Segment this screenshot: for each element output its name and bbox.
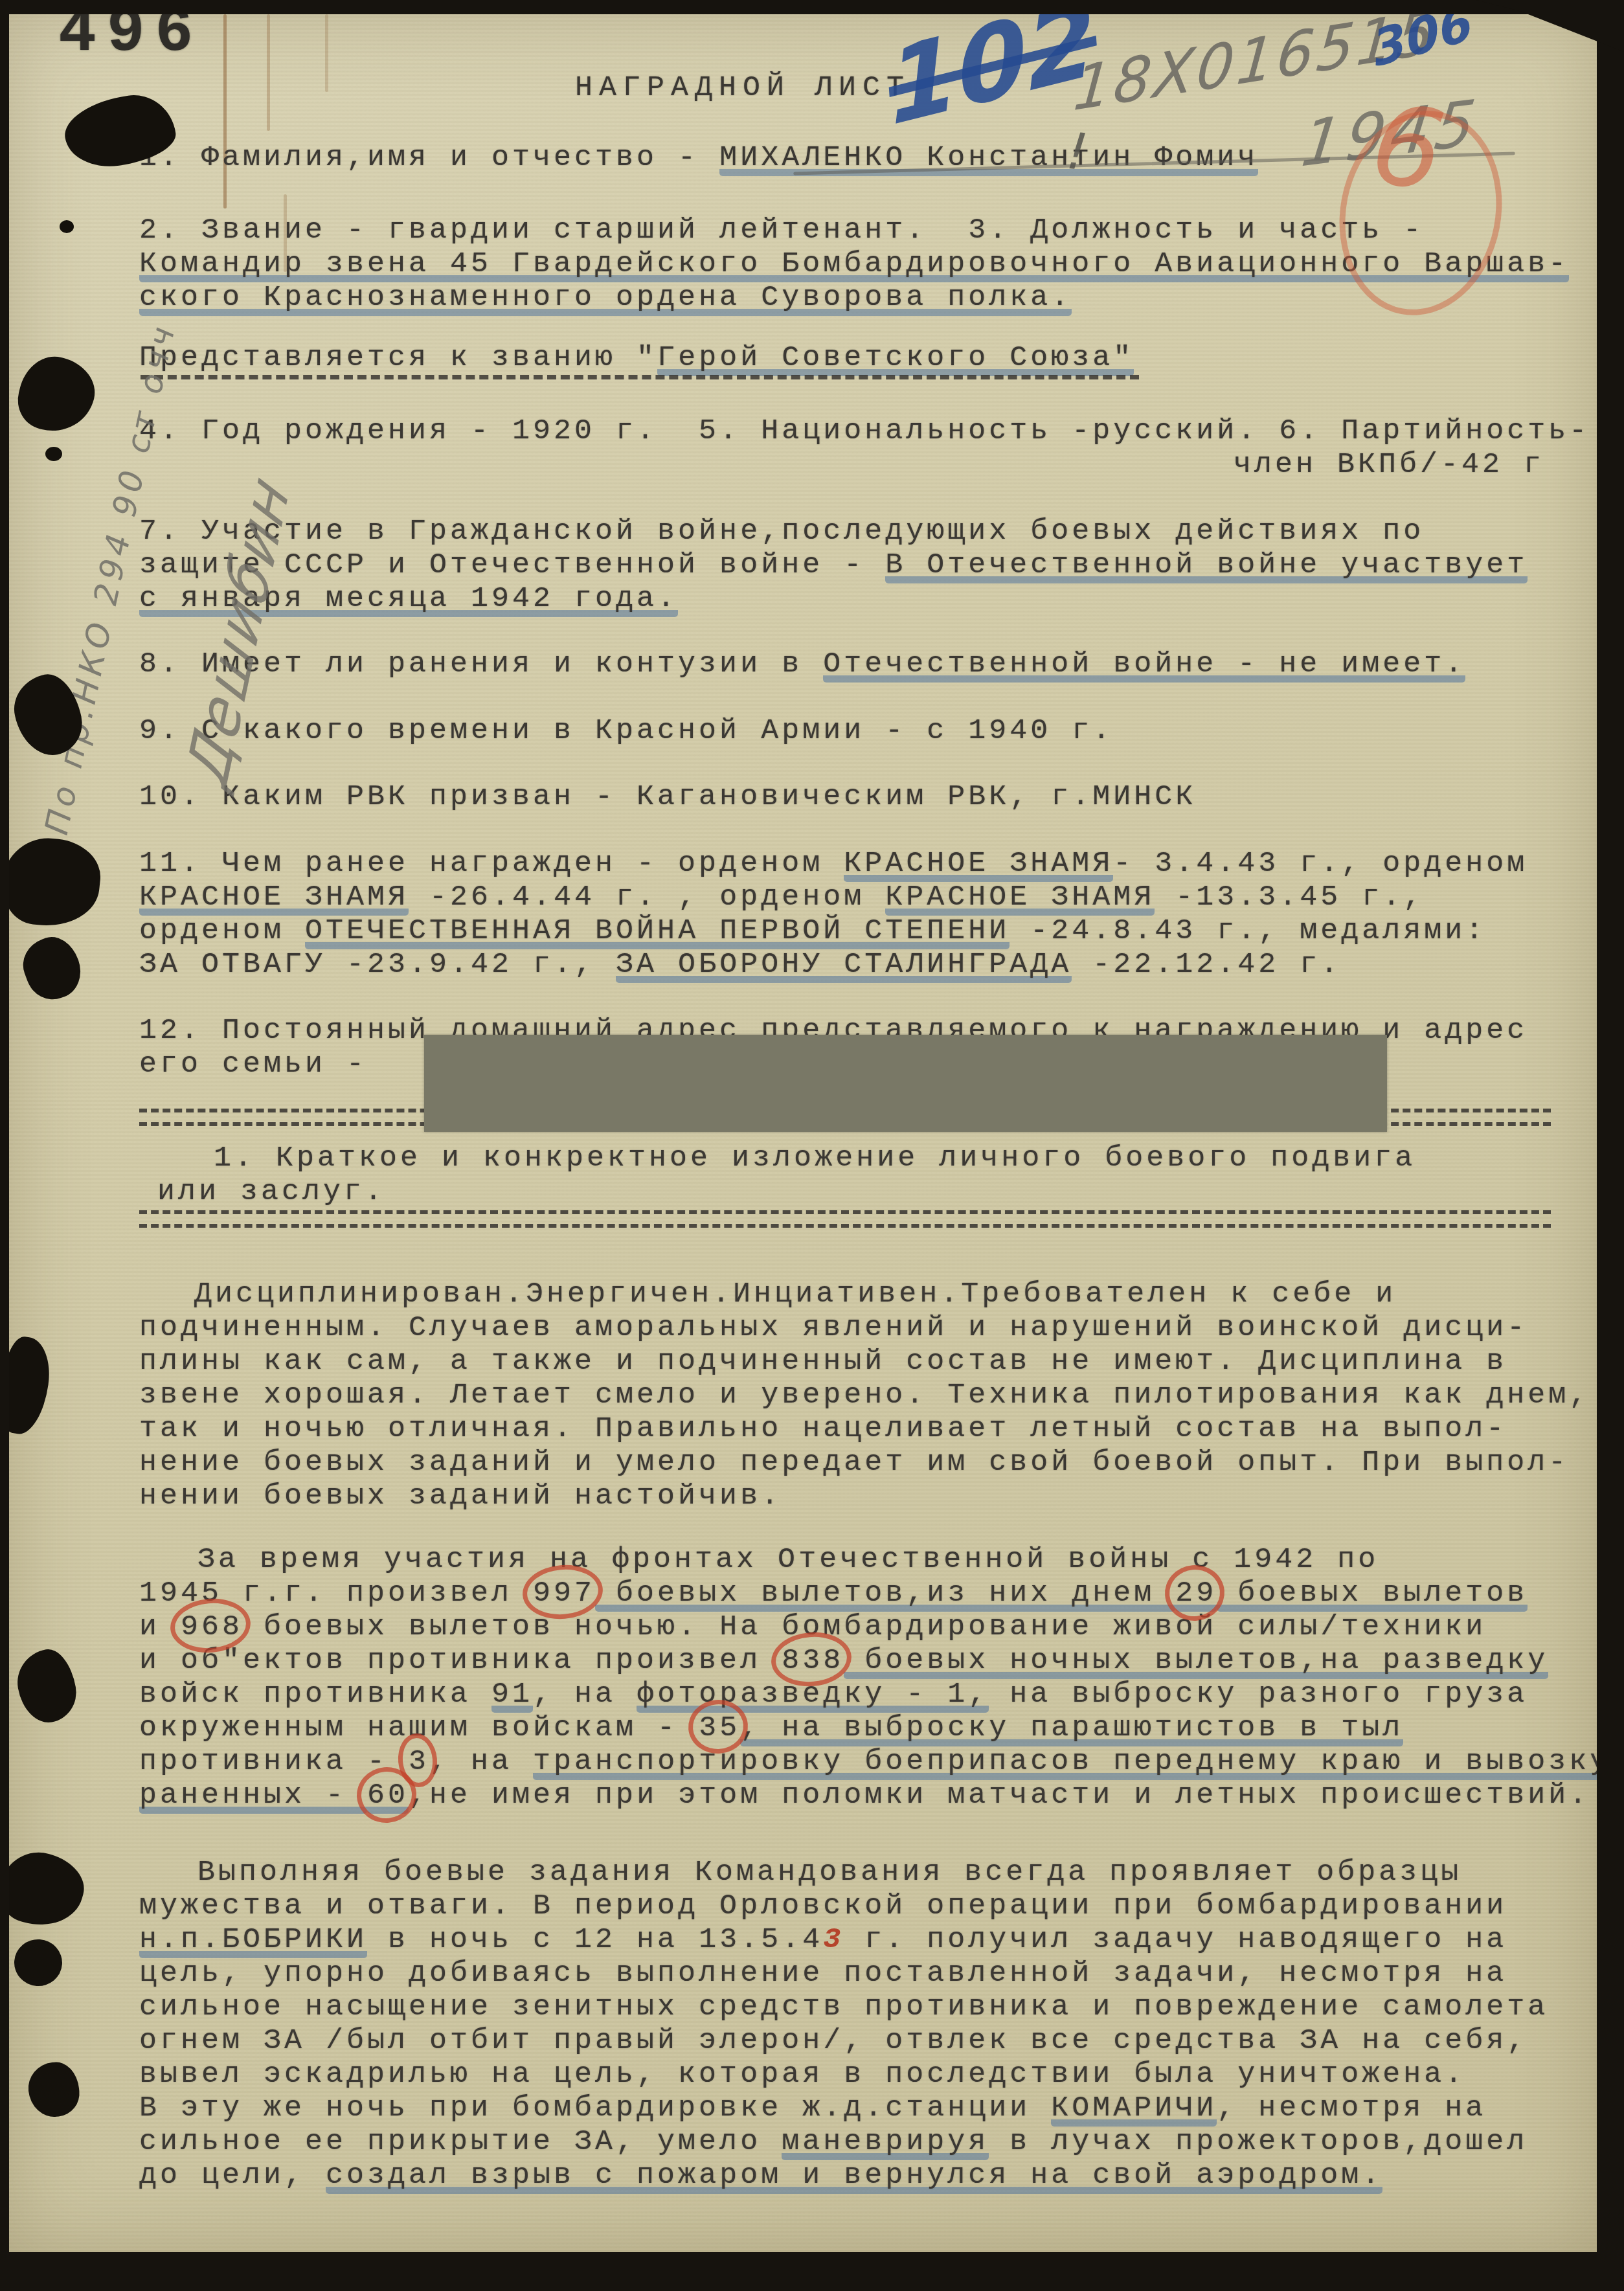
underlined-segment: КОМАРИЧИ — [1051, 2092, 1217, 2127]
typed-line: сильное насыщение зенитных средств проти… — [139, 1991, 1603, 2024]
typed-segment: 1. Фамилия,имя и отчество - — [139, 141, 719, 174]
typed-segment: цель, упорно добиваясь выполнение постав… — [139, 1957, 1507, 1990]
red-circled-number: 35 — [699, 1711, 740, 1744]
typed-segment: так и ночью отличная. Правильно нацелива… — [139, 1412, 1507, 1445]
typed-segment: , несмотря на — [1217, 2092, 1486, 2125]
section-divider-bottom — [139, 1210, 1551, 1228]
paragraph-sorties: За время участия на фронтах Отечественно… — [139, 1543, 1603, 1812]
typed-line: КРАСНОЕ ЗНАМЯ -26.4.44 г. , орденом КРАС… — [139, 881, 1603, 914]
red-circled-number: 968 — [181, 1610, 243, 1643]
typed-segment: ,не имея при этом поломки матчасти и лет… — [409, 1779, 1590, 1812]
typed-segment: Выполняя боевые задания Командования все… — [197, 1856, 1461, 1889]
typed-line: нении боевых заданий настойчив. — [139, 1480, 1603, 1513]
typed-segment: сильное насыщение зенитных средств проти… — [139, 1991, 1548, 2024]
field-7-participation: 7. Участие в Гражданской войне,последующ… — [139, 515, 1603, 616]
typed-segment: 7. Участие в Гражданской войне,последующ… — [139, 515, 1424, 548]
field-10-drafted-by: 10. Каким РВК призван - Кагановическим Р… — [139, 780, 1603, 814]
typed-segment: 1. Краткое и конкректное изложение лично… — [214, 1142, 1415, 1175]
scan-edge-right — [1597, 0, 1624, 2291]
underlined-segment: 91 — [491, 1678, 533, 1713]
typed-segment: на выброску разного груза — [989, 1678, 1528, 1711]
typed-line: 9. С какого времени в Красной Армии - с … — [139, 714, 1603, 748]
typed-segment: нение боевых заданий и умело передает им… — [139, 1446, 1569, 1479]
typed-segment: мужества и отваги. В период Орловской оп… — [139, 1890, 1507, 1923]
ink-blot — [60, 220, 74, 233]
typed-segment: его семьи - — [139, 1048, 388, 1081]
typed-segment: ЗА ОТВАГУ -23.9.42 г., — [139, 948, 616, 981]
typed-segment: орденом — [139, 914, 305, 947]
typed-line: и 968 боевых вылетов ночью. На бомбардир… — [139, 1610, 1603, 1644]
underlined-segment: ского Краснознаменного ордена Суворова п… — [139, 281, 1072, 316]
typed-segment: в ночь с 12 на 13.5.4 — [367, 1923, 823, 1956]
field-8-wounds: 8. Имеет ли ранения и контузии в Отечест… — [139, 648, 1603, 681]
underlined-segment: раненных - — [139, 1779, 367, 1814]
typed-segment: , на — [533, 1678, 637, 1711]
typed-line: противника - 3, на транспортировку боепр… — [139, 1745, 1603, 1779]
red-circled-number: 838 — [782, 1644, 844, 1677]
field-9-army-since: 9. С какого времени в Красной Армии - с … — [139, 714, 1603, 748]
typed-segment: нении боевых заданий настойчив. — [139, 1480, 782, 1513]
underlined-segment: боевых вылетов — [1217, 1577, 1528, 1612]
typed-segment: вывел эскадрилью на цель, которая в посл… — [139, 2058, 1465, 2091]
typed-segment: - 3.4.43 г., орденом — [1113, 847, 1528, 880]
typed-line: и об"ектов противника произвел 838 боевы… — [139, 1644, 1603, 1678]
typed-segment: -22.12.42 г. — [1072, 948, 1341, 981]
typed-segment: 2. Звание - гвардии старший лейтенант. 3… — [139, 214, 1424, 247]
underlined-segment: Герой Советского Союза" — [657, 341, 1134, 376]
typed-line: ЗА ОТВАГУ -23.9.42 г., ЗА ОБОРОНУ СТАЛИН… — [139, 948, 1603, 982]
underlined-segment: ЗА ОБОРОНУ СТАЛИНГРАДА — [616, 948, 1072, 983]
typed-line: мужества и отваги. В период Орловской оп… — [139, 1890, 1603, 1923]
underlined-segment: , на выброску парашютистов в тыл — [740, 1711, 1403, 1746]
field-4-5-6: 4. Год рождения - 1920 г. 5. Национально… — [139, 414, 1603, 482]
underlined-segment: ОТЕЧЕСТВЕННАЯ ВОЙНА ПЕРВОЙ СТЕПЕНИ — [305, 914, 1009, 949]
typed-line: член ВКПб/-42 г — [139, 448, 1603, 482]
typed-line: окруженным нашим войскам - 35, на выброс… — [139, 1711, 1603, 1745]
typed-line: 4. Год рождения - 1920 г. 5. Национально… — [139, 414, 1603, 448]
typed-line: 10. Каким РВК призван - Кагановическим Р… — [139, 780, 1603, 814]
typed-line: 8. Имеет ли ранения и контузии в Отечест… — [139, 648, 1603, 681]
scan-edge-left — [0, 0, 9, 2291]
redaction-box — [424, 1035, 1387, 1132]
red-circled-number: 60 — [367, 1779, 409, 1814]
typed-line: нение боевых заданий и умело передает им… — [139, 1446, 1603, 1480]
typed-line: В эту же ночь при бомбардировке ж.д.стан… — [139, 2092, 1603, 2125]
typed-line: 11. Чем ранее награжден - орденом КРАСНО… — [139, 847, 1603, 881]
typed-segment: и об"ектов противника произвел — [139, 1644, 782, 1677]
paragraph-discipline: Дисциплинирован.Энергичен.Инциативен.Тре… — [139, 1278, 1603, 1513]
underlined-segment: КРАСНОЕ ЗНАМЯ — [885, 881, 1155, 916]
typed-line: Представляется к званию "Герой Советског… — [139, 341, 1134, 375]
red-circled-number: 997 — [533, 1577, 595, 1610]
underlined-segment: В Отечественной войне участвует — [885, 548, 1528, 583]
typed-segment: огнем ЗА /был отбит правый элерон/, отвл… — [139, 2024, 1528, 2057]
nomination-line: Представляется к званию "Герой Советског… — [139, 341, 1603, 375]
typed-line: 1945 г.г. произвел 997 боевых вылетов,из… — [139, 1577, 1603, 1610]
underlined-segment: КРАСНОЕ ЗНАМЯ — [844, 847, 1113, 882]
typed-segment: или заслуг. — [157, 1175, 385, 1208]
typed-segment: член ВКПб/-42 г — [1234, 448, 1544, 481]
ink-blot — [45, 447, 62, 461]
field-11-prior-awards: 11. Чем ранее награжден - орденом КРАСНО… — [139, 847, 1603, 982]
typed-segment: звене хорошая. Летает смело и уверено. Т… — [139, 1379, 1590, 1412]
typed-segment: 11. Чем ранее награжден - орденом — [139, 847, 844, 880]
underlined-segment: боевых ночных вылетов,на разведку — [844, 1644, 1548, 1679]
typed-line: войск противника 91, на фоторазведку - 1… — [139, 1678, 1603, 1711]
typed-segment: 4. Год рождения - 1920 г. 5. Национально… — [139, 414, 1590, 447]
typed-line: 1. Краткое и конкректное изложение лично… — [139, 1142, 1603, 1175]
typed-segment: Дисциплинирован.Энергичен.Инциативен.Тре… — [194, 1278, 1396, 1311]
typed-segment: боевых вылетов ночью. На бомбардирование… — [243, 1610, 1486, 1643]
typed-line: подчиненным. Случаев аморальных явлений … — [139, 1311, 1603, 1345]
typed-segment: 9. С какого времени в Красной Армии - с … — [139, 714, 1113, 747]
typed-line: или заслуг. — [139, 1175, 1603, 1209]
typed-line: 7. Участие в Гражданской войне,последующ… — [139, 515, 1603, 548]
typed-line: орденом ОТЕЧЕСТВЕННАЯ ВОЙНА ПЕРВОЙ СТЕПЕ… — [139, 914, 1603, 948]
typed-line: так и ночью отличная. Правильно нацелива… — [139, 1412, 1603, 1446]
underlined-segment: МИХАЛЕНКО Константин Фомич — [719, 141, 1258, 176]
typed-segment: , на — [429, 1745, 533, 1778]
typed-line: Выполняя боевые задания Командования все… — [139, 1856, 1603, 1890]
underlined-segment: боевых вылетов,из них днем — [595, 1577, 1175, 1612]
underlined-segment: маневрируя — [782, 2125, 989, 2160]
underlined-segment: Отечественной войне - не имеет. — [823, 648, 1465, 683]
typed-segment: подчиненным. Случаев аморальных явлений … — [139, 1311, 1528, 1344]
typed-line: с января месяца 1942 года. — [139, 582, 1603, 616]
typed-segment: Представляется к званию " — [139, 341, 657, 374]
typed-segment: -24.8.43 г., медалями: — [1009, 914, 1486, 947]
typed-line: защите СССР и Отечественной войне - В От… — [139, 548, 1603, 582]
typed-line: огнем ЗА /был отбит правый элерон/, отвл… — [139, 2024, 1603, 2058]
typed-line: цель, упорно добиваясь выполнение постав… — [139, 1957, 1603, 1991]
typed-segment: войск противника — [139, 1678, 491, 1711]
typed-segment: в лучах прожекторов,дошел — [989, 2125, 1528, 2158]
underlined-segment: создал взрыв с пожаром и вернулся на сво… — [326, 2159, 1382, 2194]
typed-line: н.п.БОБРИКИ в ночь с 12 на 13.5.43 г. по… — [139, 1923, 1603, 1957]
underlined-segment: н.п.БОБРИКИ — [139, 1923, 367, 1958]
typed-line: плины как сам, а также и подчиненный сос… — [139, 1345, 1603, 1379]
typed-line: сильное ее прикрытие ЗА, умело маневриру… — [139, 2125, 1603, 2159]
typed-line: вывел эскадрилью на цель, которая в посл… — [139, 2058, 1603, 2092]
typed-segment: -13.3.45 г., — [1155, 881, 1424, 914]
typed-line: до цели, создал взрыв с пожаром и вернул… — [139, 2159, 1603, 2193]
red-circled-number: 29 — [1175, 1577, 1217, 1612]
typed-line: Дисциплинирован.Энергичен.Инциативен.Тре… — [139, 1278, 1603, 1311]
typed-segment: до цели, — [139, 2159, 326, 2192]
underlined-segment: КРАСНОЕ ЗНАМЯ — [139, 881, 409, 916]
typed-text: 1. Фамилия,имя и отчество - МИХАЛЕНКО Ко… — [139, 0, 1603, 2291]
typed-line: раненных - 60,не имея при этом поломки м… — [139, 1779, 1603, 1812]
typed-line: звене хорошая. Летает смело и уверено. Т… — [139, 1379, 1603, 1412]
typed-segment: 3 — [823, 1923, 844, 1956]
red-circled-number: 3 — [409, 1745, 429, 1778]
typed-segment: -26.4.44 г. , орденом — [409, 881, 885, 914]
typed-segment: г. получил задачу наводящего на — [844, 1923, 1507, 1956]
paragraph-feats: Выполняя боевые задания Командования все… — [139, 1856, 1603, 2193]
section-heading: 1. Краткое и конкректное изложение лично… — [139, 1142, 1603, 1209]
underlined-segment: транспортировку боеприпасов переднему кр… — [533, 1745, 1610, 1780]
typed-line: За время участия на фронтах Отечественно… — [139, 1543, 1603, 1577]
typed-segment: 10. Каким РВК призван - Кагановическим Р… — [139, 780, 1196, 813]
typed-segment: плины как сам, а также и подчиненный сос… — [139, 1345, 1507, 1378]
scan-edge-bottom — [0, 2252, 1624, 2291]
typed-segment: В эту же ночь при бомбардировке ж.д.стан… — [139, 2092, 1051, 2125]
typed-segment: сильное ее прикрытие ЗА, умело — [139, 2125, 782, 2158]
scan-edge-top — [0, 0, 1624, 14]
